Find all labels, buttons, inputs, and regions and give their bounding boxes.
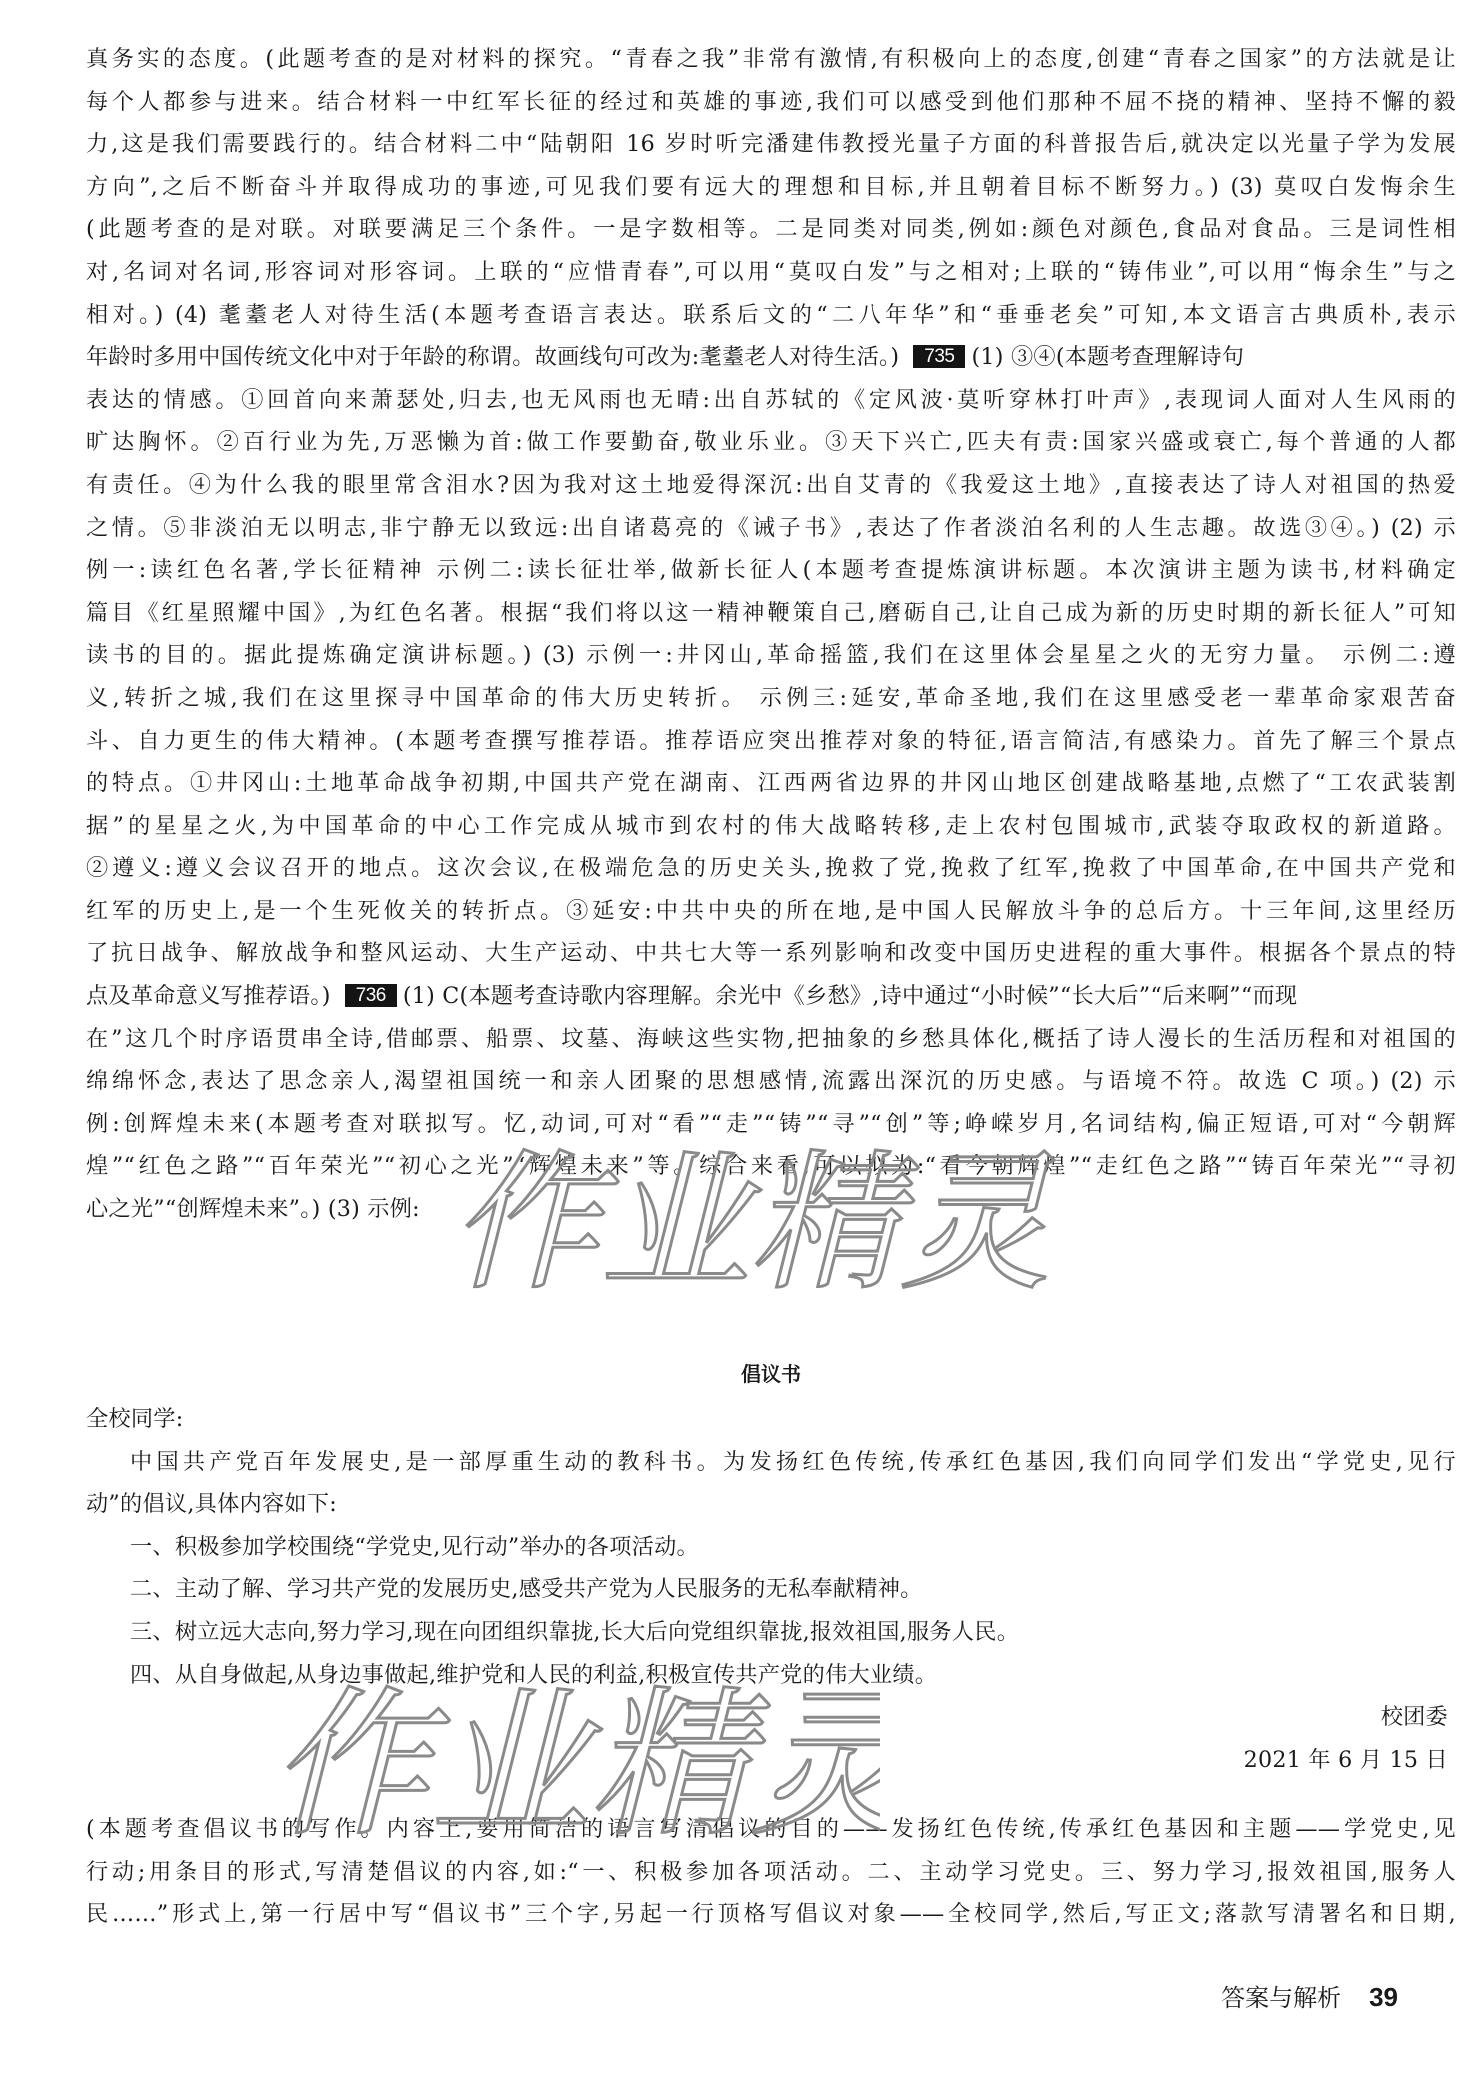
question-number-badge: 736	[345, 984, 397, 1007]
answer-line: 篇目《红星照耀中国》,为红色名著。根据“我们将以这一精神鞭策自己,磨砺自己,让自…	[86, 592, 1456, 635]
answer-text: 点及革命意义写推荐语。)	[86, 983, 331, 1009]
answer-line: 读书的目的。据此提炼确定演讲标题。) (3) 示例一:井冈山,革命摇篮,我们在这…	[86, 634, 1456, 677]
answer-line: 了抗日战争、解放战争和整风运动、大生产运动、中共七大等一系列影响和改变中国历史进…	[86, 932, 1456, 975]
answer-line: (此题考查的是对联。对联要满足三个条件。一是字数相等。二是同类对同类,例如:颜色…	[86, 208, 1456, 251]
answer-line: 每个人都参与进来。结合材料一中红军长征的经过和英雄的事迹,我们可以感受到他们那种…	[86, 81, 1456, 124]
answer-line: 旷达胸怀。②百行业为先,万恶懒为首:做工作要勤奋,敬业乐业。③天下兴亡,匹夫有责…	[86, 421, 1456, 464]
answer-line: 真务实的态度。(此题考查的是对材料的探究。“青春之我”非常有激情,有积极向上的态…	[86, 38, 1456, 81]
answer-line: 在”这几个时序语贯串全诗,借邮票、船票、坟墓、海峡这些实物,把抽象的乡愁具体化,…	[86, 1018, 1456, 1061]
proposal-body: 中国共产党百年发展史,是一部厚重生动的教科书。为发扬红色传统,传承红色基因,我们…	[86, 1441, 1456, 1484]
answer-line: 例:创辉煌未来(本题考查对联拟写。忆,动词,可对“看”“走”“铸”“寻”“创”等…	[86, 1103, 1456, 1146]
answer-line: 方向”,之后不断奋斗并取得成功的事迹,可见我们要有远大的理想和目标,并且朝着目标…	[86, 166, 1456, 209]
answer-line: ②遵义:遵义会议召开的地点。这次会议,在极端危急的历史关头,挽救了党,挽救了红军…	[86, 847, 1456, 890]
answer-line: 有责任。④为什么我的眼里常含泪水?因为我对这土地爱得深沉:出自艾青的《我爱这土地…	[86, 464, 1456, 507]
answer-line: 红军的历史上,是一个生死攸关的转折点。③延安:中共中央的所在地,是中国人民解放斗…	[86, 890, 1456, 933]
document-page: 真务实的态度。(此题考查的是对材料的探究。“青春之我”非常有激情,有积极向上的态…	[0, 0, 1462, 2073]
answer-line: 义,转折之城,我们在这里探寻中国革命的伟大历史转折。 示例三:延安,革命圣地,我…	[86, 677, 1456, 720]
answer-line: 民……”形式上,第一行居中写“倡议书”三个字,另起一行顶格写倡议对象——全校同学…	[86, 1893, 1456, 1936]
answer-line: (本题考查倡议书的写作。内容上,要用简洁的语言写清倡议的目的——发扬红色传统,传…	[86, 1808, 1456, 1851]
answer-text: (1) ③④(本题考查理解诗句	[971, 344, 1244, 370]
answer-line: 之情。⑤非淡泊无以明志,非宁静无以致远:出自诸葛亮的《诫子书》,表达了作者淡泊名…	[86, 507, 1456, 550]
proposal-date: 2021 年 6 月 15 日	[86, 1739, 1456, 1782]
page-footer: 答案与解析39	[1221, 1978, 1398, 2013]
answer-line: 行动;用条目的形式,写清楚倡议的内容,如:“一、积极参加各项活动。二、主动学习党…	[86, 1851, 1456, 1894]
answer-line: 相对。) (4) 耄耋老人对待生活(本题考查语言表达。联系后文的“二八年华”和“…	[86, 294, 1456, 337]
answer-line: 力,这是我们需要践行的。结合材料二中“陆朝阳 16 岁时听完潘建伟教授光量子方面…	[86, 123, 1456, 166]
section-label: 答案与解析	[1221, 1984, 1341, 2012]
answer-line: 斗、自力更生的伟大精神。(本题考查撰写推荐语。推荐语应突出推荐对象的特征,语言简…	[86, 720, 1456, 763]
answer-line: 煌”“红色之路”“百年荣光”“初心之光”“辉煌未来”等。综合来看,可以拟为:“看…	[86, 1145, 1456, 1188]
proposal-signature: 校团委	[86, 1696, 1456, 1739]
answer-line: 绵绵怀念,表达了思念亲人,渴望祖国统一和亲人团聚的思想感情,流露出深沉的历史感。…	[86, 1060, 1456, 1103]
answer-line-with-question-736: 点及革命意义写推荐语。)736(1) C(本题考查诗歌内容理解。余光中《乡愁》,…	[86, 975, 1456, 1018]
proposal-item: 一、积极参加学校围绕“学党史,见行动”举办的各项活动。	[86, 1526, 1456, 1569]
proposal-title: 倡议书	[86, 1358, 1456, 1387]
answer-text: 年龄时多用中国传统文化中对于年龄的称谓。故画线句可改为:耄耋老人对待生活。)	[86, 344, 899, 370]
answer-explanation-block: 真务实的态度。(此题考查的是对材料的探究。“青春之我”非常有激情,有积极向上的态…	[86, 38, 1456, 1231]
closing-explanation: (本题考查倡议书的写作。内容上,要用简洁的语言写清倡议的目的——发扬红色传统,传…	[86, 1808, 1456, 1936]
proposal-item: 三、树立远大志向,努力学习,现在向团组织靠拢,长大后向党组织靠拢,报效祖国,服务…	[86, 1611, 1456, 1654]
answer-line: 据”的星星之火,为中国革命的中心工作完成从城市到农村的伟大战略转移,走上农村包围…	[86, 805, 1456, 848]
proposal-item: 四、从自身做起,从身边事做起,维护党和人民的利益,积极宣传共产党的伟大业绩。	[86, 1654, 1456, 1697]
proposal-salutation: 全校同学:	[86, 1398, 1456, 1441]
answer-line: 的特点。①井冈山:土地革命战争初期,中国共产党在湖南、江西两省边界的井冈山地区创…	[86, 762, 1456, 805]
answer-line-with-question-735: 年龄时多用中国传统文化中对于年龄的称谓。故画线句可改为:耄耋老人对待生活。)73…	[86, 336, 1456, 379]
page-number: 39	[1369, 1982, 1398, 2012]
answer-line: 例一:读红色名著,学长征精神 示例二:读长征壮举,做新长征人(本题考查提炼演讲标…	[86, 549, 1456, 592]
question-number-badge: 735	[913, 345, 965, 368]
answer-line: 对,名词对名词,形容词对形容词。上联的“应惜青春”,可以用“莫叹白发”与之相对;…	[86, 251, 1456, 294]
answer-text: (1) C(本题考查诗歌内容理解。余光中《乡愁》,诗中通过“小时候”“长大后”“…	[403, 983, 1298, 1009]
proposal-item: 二、主动了解、学习共产党的发展历史,感受共产党为人民服务的无私奉献精神。	[86, 1568, 1456, 1611]
answer-line: 心之光”“创辉煌未来”。) (3) 示例:	[86, 1188, 1456, 1231]
answer-line: 表达的情感。①回首向来萧瑟处,归去,也无风雨也无晴:出自苏轼的《定风波·莫听穿林…	[86, 379, 1456, 422]
proposal-body: 动”的倡议,具体内容如下:	[86, 1483, 1456, 1526]
